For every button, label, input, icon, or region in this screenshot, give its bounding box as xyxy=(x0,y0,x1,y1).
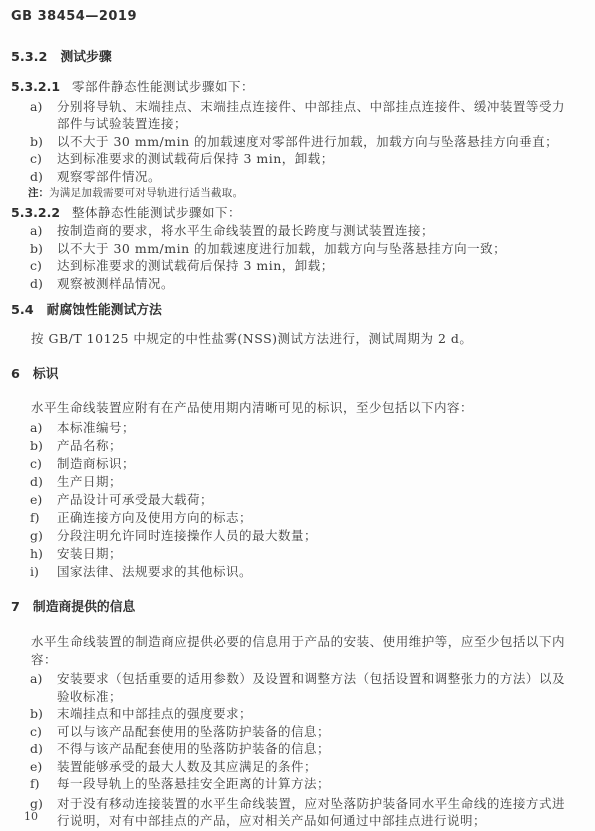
document-page: GB 38454—2019 5.3.2 测试步骤 5.3.2.1 零部件静态性能… xyxy=(0,0,595,831)
list-item: e) 产品设计可承受最大载荷； xyxy=(0,491,595,509)
clause-number: 5.3.2.1 xyxy=(11,78,60,96)
clause-number: 5.3.2.2 xyxy=(11,204,60,222)
list-item-label: d) xyxy=(30,168,57,186)
list-item-text: 末端挂点和中部挂点的强度要求； xyxy=(57,705,565,723)
list-item-text: 制造商标识； xyxy=(57,455,565,473)
list-item-text: 达到标准要求的测试载荷后保持 3 min，卸载； xyxy=(57,150,565,168)
list-item: a) 安装要求（包括重要的适用参数）及设置和调整方法（包括设置和调整张力的方法）… xyxy=(0,670,595,705)
list-item: g) 分段注明允许同时连接操作人员的最大数量； xyxy=(0,527,595,545)
list-item: c) 可以与该产品配套使用的坠落防护装备的信息； xyxy=(0,723,595,741)
list-item: d) 观察零部件情况。 xyxy=(0,168,595,186)
list-item: c) 达到标准要求的测试载荷后保持 3 min，卸载； xyxy=(0,257,595,275)
section-6-intro: 水平生命线装置应附有在产品使用期内清晰可见的标识，至少包括以下内容： xyxy=(0,399,595,417)
list-item: f) 正确连接方向及使用方向的标志； xyxy=(0,509,595,527)
page-number: 10 xyxy=(24,808,38,826)
list-item-text: 观察零部件情况。 xyxy=(57,168,565,186)
list-item-label: d) xyxy=(30,740,57,758)
list-item: d) 不得与该产品配套使用的坠落防护装备的信息； xyxy=(0,740,595,758)
list-item: a) 本标准编号； xyxy=(0,419,595,437)
heading-title: 耐腐蚀性能测试方法 xyxy=(47,302,162,320)
list-item-text: 可以与该产品配套使用的坠落防护装备的信息； xyxy=(57,723,565,741)
heading-number: 5.4 xyxy=(11,302,34,320)
list-item: b) 以不大于 30 mm/min 的加载速度对零部件进行加载，加载方向与坠落悬… xyxy=(0,133,595,151)
list-item: d) 生产日期； xyxy=(0,473,595,491)
list-item-label: c) xyxy=(30,150,57,168)
list-item-label: f) xyxy=(30,775,57,793)
list-item-text: 安装要求（包括重要的适用参数）及设置和调整方法（包括设置和调整张力的方法）以及验… xyxy=(57,670,565,705)
heading-number: 6 xyxy=(11,366,20,384)
list-item-label: h) xyxy=(30,545,57,563)
heading-5-3-2: 5.3.2 测试步骤 xyxy=(0,49,595,67)
list-item-label: a) xyxy=(30,222,57,240)
list-item-text: 本标准编号； xyxy=(57,419,565,437)
heading-title: 测试步骤 xyxy=(60,49,111,67)
heading-number: 5.3.2 xyxy=(11,49,47,67)
list-item-label: f) xyxy=(30,509,57,527)
list-item-label: a) xyxy=(30,98,57,133)
list-item-text: 达到标准要求的测试载荷后保持 3 min，卸载； xyxy=(57,257,565,275)
list-item-label: g) xyxy=(30,527,57,545)
list-item-label: b) xyxy=(30,705,57,723)
heading-6: 6 标识 xyxy=(0,366,595,384)
list-item-label: c) xyxy=(30,257,57,275)
list-item: b) 以不大于 30 mm/min 的加载速度进行加载，加载方向与坠落悬挂方向一… xyxy=(0,240,595,258)
section-7-list: a) 安装要求（包括重要的适用参数）及设置和调整方法（包括设置和调整张力的方法）… xyxy=(0,670,595,830)
list-item: a) 按制造商的要求，将水平生命线装置的最长跨度与测试装置连接； xyxy=(0,222,595,240)
clause-title: 零部件静态性能测试步骤如下： xyxy=(72,78,254,96)
list-item: b) 产品名称； xyxy=(0,437,595,455)
list-item-label: e) xyxy=(30,758,57,776)
heading-number: 7 xyxy=(11,599,20,617)
list-item-label: a) xyxy=(30,419,57,437)
list-item-text: 正确连接方向及使用方向的标志； xyxy=(57,509,565,527)
clause-5-3-2-1-list: a) 分别将导轨、末端挂点、末端挂点连接件、中部挂点、中部挂点连接件、缓冲装置等… xyxy=(0,98,595,186)
list-item-text: 产品设计可承受最大载荷； xyxy=(57,491,565,509)
list-item-text: 装置能够承受的最大人数及其应满足的条件； xyxy=(57,758,565,776)
list-item-text: 分别将导轨、末端挂点、末端挂点连接件、中部挂点、中部挂点连接件、缓冲装置等受力部… xyxy=(57,98,565,133)
heading-title: 标识 xyxy=(33,366,59,384)
list-item-label: e) xyxy=(30,491,57,509)
list-item: b) 末端挂点和中部挂点的强度要求； xyxy=(0,705,595,723)
paragraph-5-4: 按 GB/T 10125 中规定的中性盐雾(NSS)测试方法进行，测试周期为 2… xyxy=(0,330,595,348)
list-item: c) 达到标准要求的测试载荷后保持 3 min，卸载； xyxy=(0,150,595,168)
note-label: 注： xyxy=(28,186,49,200)
list-item-text: 安装日期； xyxy=(57,545,565,563)
list-item-text: 不得与该产品配套使用的坠落防护装备的信息； xyxy=(57,740,565,758)
list-item: d) 观察被测样品情况。 xyxy=(0,275,595,293)
list-item-text: 分段注明允许同时连接操作人员的最大数量； xyxy=(57,527,565,545)
heading-title: 制造商提供的信息 xyxy=(33,599,135,617)
clause-5-3-2-1-heading: 5.3.2.1 零部件静态性能测试步骤如下： xyxy=(0,78,595,96)
list-item: e) 装置能够承受的最大人数及其应满足的条件； xyxy=(0,758,595,776)
list-item-label: d) xyxy=(30,473,57,491)
list-item-label: b) xyxy=(30,133,57,151)
clause-5-3-2-2-heading: 5.3.2.2 整体静态性能测试步骤如下： xyxy=(0,204,595,222)
list-item-text: 对于没有移动连接装置的水平生命线装置，应对坠落防护装备同水平生命线的连接方式进行… xyxy=(57,795,565,830)
list-item-text: 按制造商的要求，将水平生命线装置的最长跨度与测试装置连接； xyxy=(57,222,565,240)
page-content: 5.3.2 测试步骤 5.3.2.1 零部件静态性能测试步骤如下： a) 分别将… xyxy=(0,0,595,830)
list-item-text: 观察被测样品情况。 xyxy=(57,275,565,293)
clause-5-3-2-2-list: a) 按制造商的要求，将水平生命线装置的最长跨度与测试装置连接； b) 以不大于… xyxy=(0,222,595,292)
heading-7: 7 制造商提供的信息 xyxy=(0,599,595,617)
list-item-text: 以不大于 30 mm/min 的加载速度进行加载，加载方向与坠落悬挂方向一致； xyxy=(57,240,565,258)
list-item: g) 对于没有移动连接装置的水平生命线装置，应对坠落防护装备同水平生命线的连接方… xyxy=(0,795,595,830)
note: 注： 为满足加载需要可对导轨进行适当截取。 xyxy=(0,186,595,200)
list-item-label: a) xyxy=(30,670,57,705)
list-item-text: 以不大于 30 mm/min 的加载速度对零部件进行加载，加载方向与坠落悬挂方向… xyxy=(57,133,565,151)
heading-5-4: 5.4 耐腐蚀性能测试方法 xyxy=(0,302,595,320)
list-item: f) 每一段导轨上的坠落悬挂安全距离的计算方法； xyxy=(0,775,595,793)
section-6-list: a) 本标准编号； b) 产品名称； c) 制造商标识； d) 生产日期； e)… xyxy=(0,419,595,581)
note-text: 为满足加载需要可对导轨进行适当截取。 xyxy=(49,186,243,200)
list-item-label: i) xyxy=(30,563,57,581)
clause-title: 整体静态性能测试步骤如下： xyxy=(72,204,241,222)
list-item-text: 每一段导轨上的坠落悬挂安全距离的计算方法； xyxy=(57,775,565,793)
list-item: c) 制造商标识； xyxy=(0,455,595,473)
section-7-intro: 水平生命线装置的制造商应提供必要的信息用于产品的安装、使用维护等，应至少包括以下… xyxy=(0,633,595,668)
list-item: i) 国家法律、法规要求的其他标识。 xyxy=(0,563,595,581)
list-item: h) 安装日期； xyxy=(0,545,595,563)
list-item-text: 国家法律、法规要求的其他标识。 xyxy=(57,563,565,581)
list-item-label: d) xyxy=(30,275,57,293)
list-item-text: 产品名称； xyxy=(57,437,565,455)
list-item-label: b) xyxy=(30,240,57,258)
list-item-label: c) xyxy=(30,723,57,741)
list-item-text: 生产日期； xyxy=(57,473,565,491)
list-item-label: c) xyxy=(30,455,57,473)
list-item-label: b) xyxy=(30,437,57,455)
list-item: a) 分别将导轨、末端挂点、末端挂点连接件、中部挂点、中部挂点连接件、缓冲装置等… xyxy=(0,98,595,133)
